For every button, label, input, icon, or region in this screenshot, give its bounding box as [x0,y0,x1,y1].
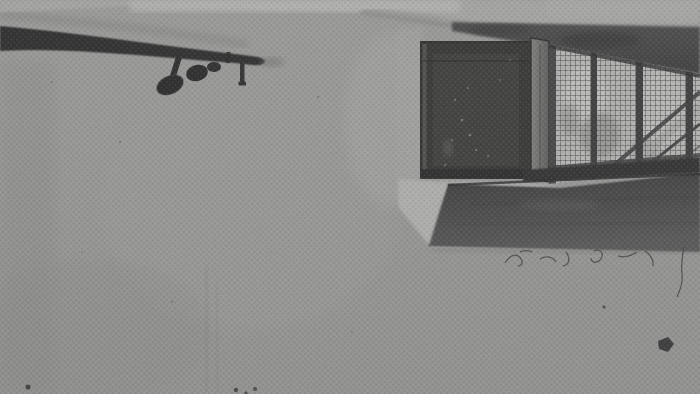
halftone-texture [0,0,700,394]
room-photo: Black-and-white halftone photograph of a… [0,0,700,394]
photo-figure: Black-and-white halftone photograph of a… [0,0,700,394]
